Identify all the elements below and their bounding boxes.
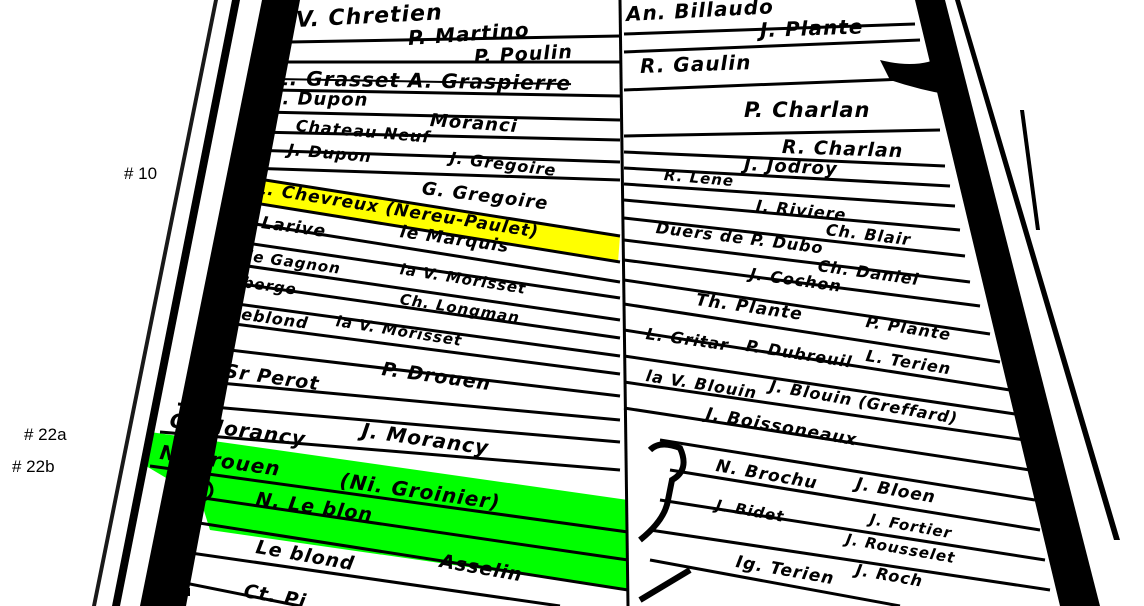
document-linework: [0, 0, 1144, 606]
entry-r-gaulin: R. Gaulin: [640, 50, 752, 78]
marker-22b: # 22b: [12, 457, 55, 477]
marker-22a: # 22a: [24, 425, 67, 445]
entry-p-charlan: P. Charlan: [744, 98, 870, 122]
marker-10: # 10: [124, 164, 157, 184]
scanned-document: # 10 # 22a # 22b V. Chretien P. Martino …: [0, 0, 1144, 606]
entry-l-dupon: L. Dupon: [270, 88, 369, 111]
entry-j-plante: J. Plante: [760, 14, 864, 42]
